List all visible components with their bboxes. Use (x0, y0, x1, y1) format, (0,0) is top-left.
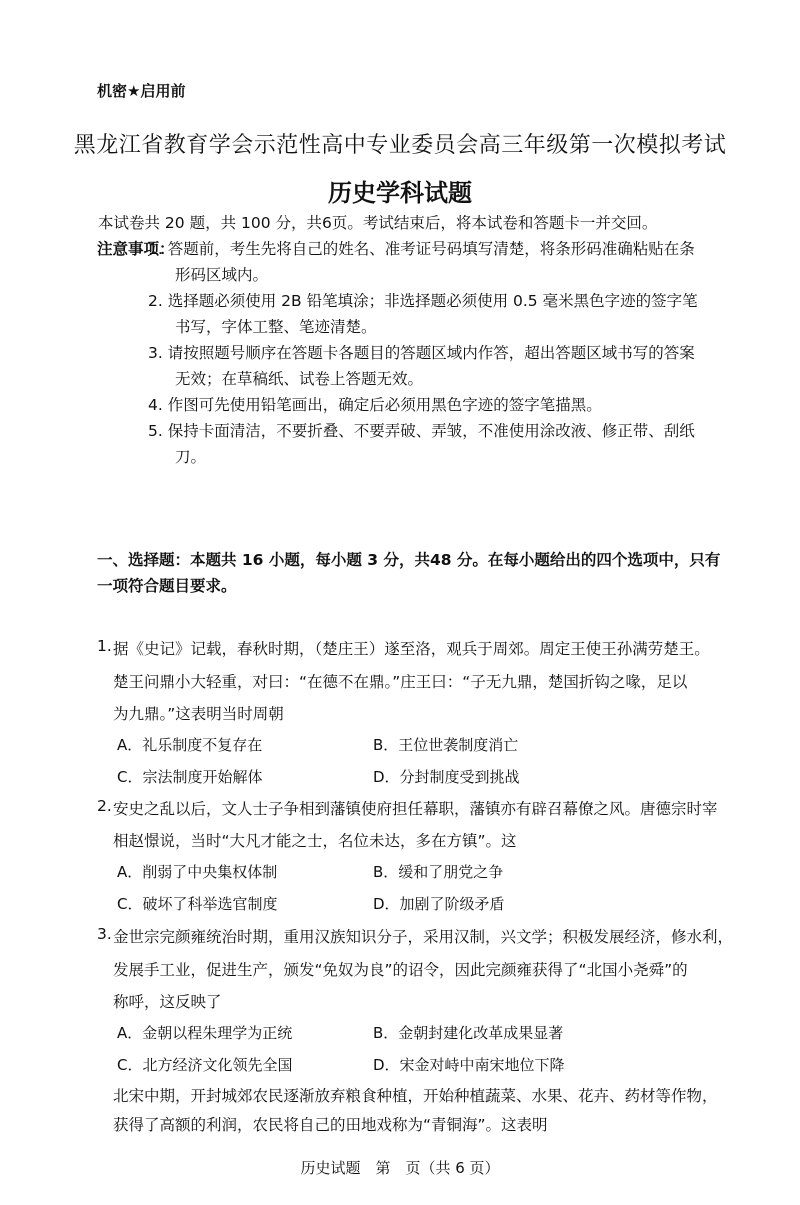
notice-5-line-2: 刀。 (175, 445, 206, 467)
question-1-line-2: 楚王问鼎小大轻重，对曰：“在德不在鼎。”庄王曰：“子无九鼎，楚国折钩之喙，足以 (113, 670, 687, 692)
question-2-line-1: 安史之乱以后，文人士子争相到藩镇使府担任幕职，藩镇亦有辟召幕僚之风。唐德宗时宰 (113, 797, 718, 819)
question-2-option-d[interactable]: D．加剧了阶级矛盾 (373, 893, 505, 914)
question-2-option-b[interactable]: B．缓和了朋党之争 (373, 861, 503, 882)
question-1-line-1: 据《史记》记载，春秋时期，（楚庄王）遂至洛，观兵于周郊。周定王使王孙满劳楚王。 (113, 637, 710, 659)
question-1-option-d[interactable]: D．分封制度受到挑战 (373, 766, 520, 787)
notice-2-line-1: 2. 选择题必须使用 2B 铅笔填涂；非选择题必须使用 0.5 毫米黑色字迹的签… (148, 289, 698, 311)
question-3-option-c[interactable]: C．北方经济文化领先全国 (117, 1054, 292, 1075)
question-4-line-2: 获得了高额的利润，农民将自己的田地戏称为“青铜海”。这表明 (113, 1113, 548, 1135)
question-1-option-b[interactable]: B．王位世袭制度消亡 (373, 734, 518, 755)
question-1-line-3: 为九鼎。”这表明当时周朝 (113, 702, 284, 724)
confidential-label: 机密★启用前 (97, 80, 185, 101)
question-3-line-2: 发展手工业，促进生产，颁发“免奴为良”的诏令，因此完颜雍获得了“北国小尧舜”的 (113, 958, 688, 980)
question-2-number: 2. (97, 797, 112, 815)
question-3-line-1: 金世宗完颜雍统治时期，重用汉族知识分子，采用汉制，兴文学；积极发展经济，修水利， (113, 925, 733, 947)
question-1-option-c[interactable]: C．宗法制度开始解体 (117, 766, 262, 787)
question-1-option-a[interactable]: A．礼乐制度不复存在 (117, 734, 262, 755)
question-1-number: 1. (97, 637, 112, 655)
subject-title: 历史学科试题 (0, 173, 800, 208)
notice-4-line-1: 4. 作图可先使用铅笔画出，确定后必须用黑色字迹的签字笔描黑。 (148, 393, 602, 415)
exam-title: 黑龙江省教育学会示范性高中专业委员会高三年级第一次模拟考试 (0, 128, 800, 159)
question-2-line-2: 相赵憬说，当时“大凡才能之士，名位未达，多在方镇”。这 (113, 829, 517, 851)
section-1-heading-line-2: 一项符合题目要求。 (97, 574, 237, 596)
question-3-number: 3. (97, 925, 112, 943)
notice-3-line-2: 无效；在草稿纸、试卷上答题无效。 (175, 367, 423, 389)
notice-3-line-1: 3. 请按照题号顺序在答题卡各题目的答题区域内作答，超出答题区域书写的答案 (148, 341, 695, 363)
question-3-line-3: 称呼，这反映了 (113, 990, 222, 1012)
notice-1-line-2: 形码区域内。 (175, 263, 268, 285)
intro-text: 本试卷共 20 题，共 100 分，共6页。考试结束后，将本试卷和答题卡一并交回… (98, 211, 657, 233)
question-3-option-a[interactable]: A．金朝以程朱理学为正统 (117, 1022, 292, 1043)
question-3-option-d[interactable]: D．宋金对峙中南宋地位下降 (373, 1054, 565, 1075)
question-2-option-c[interactable]: C．破坏了科举选官制度 (117, 893, 277, 914)
section-1-heading-line-1: 一、选择题：本题共 16 小题，每小题 3 分，共48 分。在每小题给出的四个选… (97, 548, 720, 570)
notice-1-line-1: 1. 答题前，考生先将自己的姓名、准考证号码填写清楚，将条形码准确粘贴在条 (148, 237, 695, 259)
question-2-option-a[interactable]: A．削弱了中央集权体制 (117, 861, 277, 882)
page-footer: 历史试题 第 页（共 6 页） (0, 1157, 800, 1178)
notice-2-line-2: 书写，字体工整、笔迹清楚。 (175, 315, 377, 337)
notice-5-line-1: 5. 保持卡面清洁，不要折叠、不要弄破、弄皱，不准使用涂改液、修正带、刮纸 (148, 419, 695, 441)
question-4-line-1: 北宋中期，开封城郊农民逐渐放弃粮食种植，开始种植蔬菜、水果、花卉、药材等作物， (113, 1084, 718, 1106)
question-3-option-b[interactable]: B．金朝封建化改革成果显著 (373, 1022, 563, 1043)
